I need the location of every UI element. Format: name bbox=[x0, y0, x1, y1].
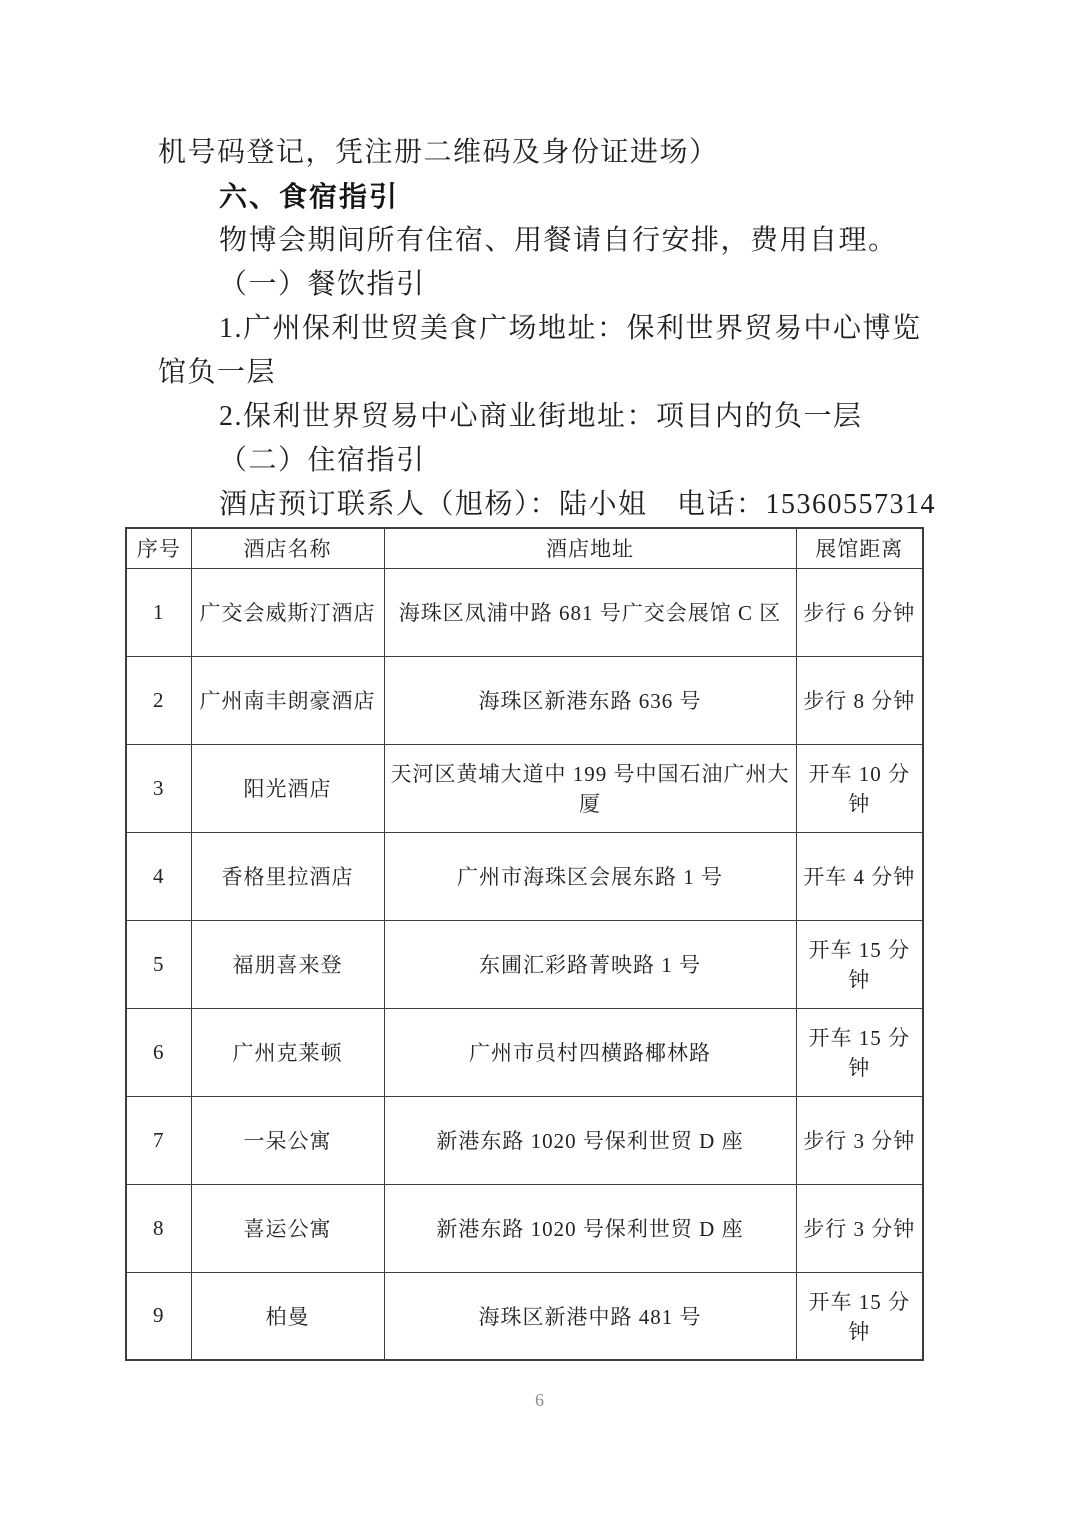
cell-name: 喜运公寓 bbox=[191, 1184, 384, 1272]
page-number: 6 bbox=[0, 1390, 1080, 1411]
text-line-booking-contact: 酒店预订联系人（旭杨）：陆小姐 电话：15360557314 bbox=[158, 483, 936, 527]
cell-address: 广州市海珠区会展东路 1 号 bbox=[384, 832, 796, 920]
cell-name: 柏曼 bbox=[191, 1272, 384, 1360]
table-row: 6 广州克莱顿 广州市员村四横路椰林路 开车 15 分钟 bbox=[126, 1008, 923, 1096]
body-text-block: 机号码登记，凭注册二维码及身份证进场） 六、食宿指引 物博会期间所有住宿、用餐请… bbox=[158, 131, 936, 527]
cell-distance: 步行 6 分钟 bbox=[796, 568, 923, 656]
cell-index: 4 bbox=[126, 832, 191, 920]
cell-distance: 开车 15 分钟 bbox=[796, 1272, 923, 1360]
text-line-continuation: 机号码登记，凭注册二维码及身份证进场） bbox=[158, 131, 936, 175]
text-line-food-court-wrap: 馆负一层 bbox=[158, 351, 936, 395]
table-row: 2 广州南丰朗豪酒店 海珠区新港东路 636 号 步行 8 分钟 bbox=[126, 656, 923, 744]
cell-address: 新港东路 1020 号保利世贸 D 座 bbox=[384, 1096, 796, 1184]
cell-address: 海珠区新港东路 636 号 bbox=[384, 656, 796, 744]
cell-index: 6 bbox=[126, 1008, 191, 1096]
cell-index: 1 bbox=[126, 568, 191, 656]
cell-distance: 开车 10 分钟 bbox=[796, 744, 923, 832]
col-header-name: 酒店名称 bbox=[191, 528, 384, 568]
cell-index: 2 bbox=[126, 656, 191, 744]
table-row: 9 柏曼 海珠区新港中路 481 号 开车 15 分钟 bbox=[126, 1272, 923, 1360]
subsection-dining-guide: （一）餐饮指引 bbox=[158, 263, 936, 307]
cell-index: 5 bbox=[126, 920, 191, 1008]
col-header-distance: 展馆距离 bbox=[796, 528, 923, 568]
col-header-index: 序号 bbox=[126, 528, 191, 568]
cell-distance: 步行 3 分钟 bbox=[796, 1184, 923, 1272]
text-line-commercial-street: 2.保利世界贸易中心商业街地址：项目内的负一层 bbox=[158, 395, 936, 439]
cell-index: 9 bbox=[126, 1272, 191, 1360]
cell-address: 海珠区新港中路 481 号 bbox=[384, 1272, 796, 1360]
cell-distance: 开车 15 分钟 bbox=[796, 920, 923, 1008]
col-header-address: 酒店地址 bbox=[384, 528, 796, 568]
cell-address: 天河区黄埔大道中 199 号中国石油广州大厦 bbox=[384, 744, 796, 832]
cell-distance: 步行 8 分钟 bbox=[796, 656, 923, 744]
cell-address: 海珠区凤浦中路 681 号广交会展馆 C 区 bbox=[384, 568, 796, 656]
cell-name: 福朋喜来登 bbox=[191, 920, 384, 1008]
subsection-lodging-guide: （二）住宿指引 bbox=[158, 439, 936, 483]
hotel-table: 序号 酒店名称 酒店地址 展馆距离 1 广交会威斯汀酒店 海珠区凤浦中路 681… bbox=[125, 527, 924, 1361]
cell-address: 新港东路 1020 号保利世贸 D 座 bbox=[384, 1184, 796, 1272]
cell-distance: 步行 3 分钟 bbox=[796, 1096, 923, 1184]
table-row: 1 广交会威斯汀酒店 海珠区凤浦中路 681 号广交会展馆 C 区 步行 6 分… bbox=[126, 568, 923, 656]
text-line-food-court-1: 1.广州保利世贸美食广场地址：保利世界贸易中心博览 bbox=[158, 307, 936, 351]
cell-address: 广州市员村四横路椰林路 bbox=[384, 1008, 796, 1096]
cell-distance: 开车 15 分钟 bbox=[796, 1008, 923, 1096]
table-row: 4 香格里拉酒店 广州市海珠区会展东路 1 号 开车 4 分钟 bbox=[126, 832, 923, 920]
cell-address: 东圃汇彩路菁映路 1 号 bbox=[384, 920, 796, 1008]
cell-name: 广交会威斯汀酒店 bbox=[191, 568, 384, 656]
text-line-arrange-own: 物博会期间所有住宿、用餐请自行安排，费用自理。 bbox=[158, 219, 936, 263]
table-row: 8 喜运公寓 新港东路 1020 号保利世贸 D 座 步行 3 分钟 bbox=[126, 1184, 923, 1272]
table-row: 7 一呆公寓 新港东路 1020 号保利世贸 D 座 步行 3 分钟 bbox=[126, 1096, 923, 1184]
document-page: 机号码登记，凭注册二维码及身份证进场） 六、食宿指引 物博会期间所有住宿、用餐请… bbox=[0, 0, 1080, 1526]
table-row: 5 福朋喜来登 东圃汇彩路菁映路 1 号 开车 15 分钟 bbox=[126, 920, 923, 1008]
cell-name: 广州克莱顿 bbox=[191, 1008, 384, 1096]
cell-name: 阳光酒店 bbox=[191, 744, 384, 832]
cell-name: 一呆公寓 bbox=[191, 1096, 384, 1184]
table-header-row: 序号 酒店名称 酒店地址 展馆距离 bbox=[126, 528, 923, 568]
table-row: 3 阳光酒店 天河区黄埔大道中 199 号中国石油广州大厦 开车 10 分钟 bbox=[126, 744, 923, 832]
cell-index: 7 bbox=[126, 1096, 191, 1184]
section-heading-food-lodging: 六、食宿指引 bbox=[158, 175, 936, 219]
cell-index: 3 bbox=[126, 744, 191, 832]
cell-distance: 开车 4 分钟 bbox=[796, 832, 923, 920]
cell-name: 广州南丰朗豪酒店 bbox=[191, 656, 384, 744]
cell-name: 香格里拉酒店 bbox=[191, 832, 384, 920]
cell-index: 8 bbox=[126, 1184, 191, 1272]
